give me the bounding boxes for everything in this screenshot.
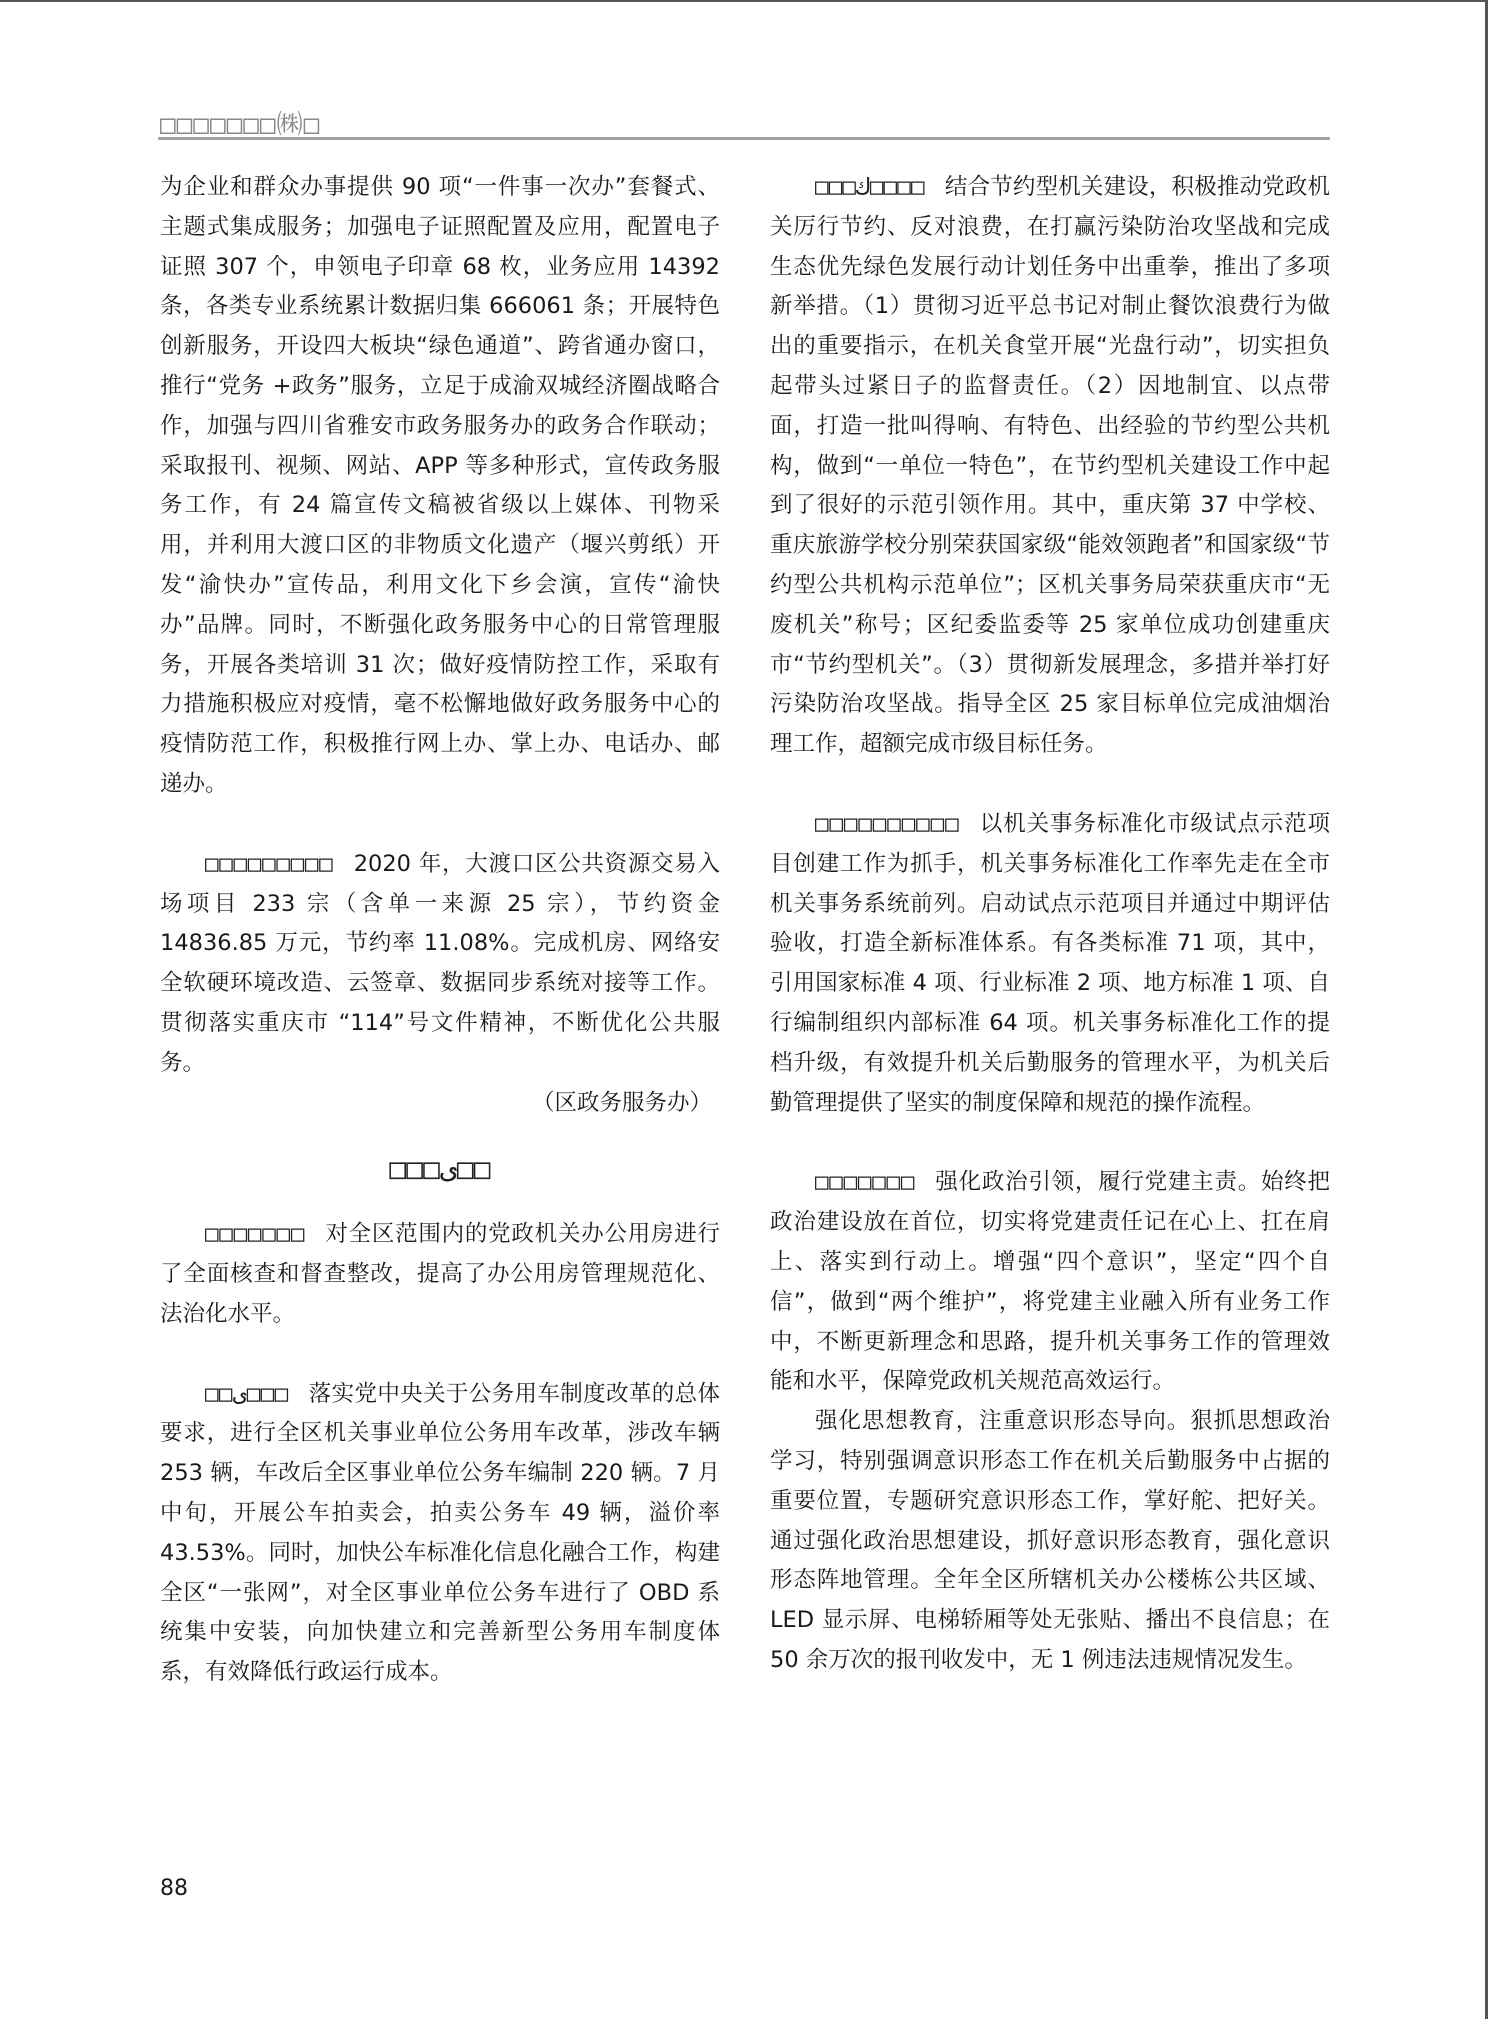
item-body: 落实党中央关于公务用车制度改革的总体要求，进行全区机关事业单位公务用车改革，涉改… [160, 1381, 720, 1686]
section-title: □□□ی□□ [160, 1149, 720, 1189]
item-heading: □□□ك□□□□ [815, 174, 925, 200]
left-column: 为企业和群众办事提供 90 项“一件事一次办”套餐式、主题式集成服务；加强电子证… [160, 168, 720, 1693]
header-rule [158, 137, 1330, 140]
paragraph-gov-service: 为企业和群众办事提供 90 项“一件事一次办”套餐式、主题式集成服务；加强电子证… [160, 168, 720, 805]
page-number: 88 [160, 1876, 188, 1901]
right-column: □□□ك□□□□结合节约型机关建设，积极推动党政机关厉行节约、反对浪费，在打赢污… [770, 168, 1330, 1681]
signature: （区政务服务办） [160, 1084, 720, 1124]
paragraph-official-car: □□ی□□□落实党中央关于公务用车制度改革的总体要求，进行全区机关事业单位公务用… [160, 1375, 720, 1693]
paragraph-office-space: □□□□□□□对全区范围内的党政机关办公用房进行了全面核查和督查整改，提高了办公… [160, 1215, 720, 1334]
item-body: 强化政治引领，履行党建主责。始终把政治建设放在首位，切实将党建责任记在心上、扛在… [770, 1169, 1330, 1394]
item-heading: □□□□□□□□□□ [815, 811, 960, 837]
running-header: □□□□□□□㈱□ [160, 104, 320, 141]
item-body: 2020 年，大渡口区公共资源交易入场项目 233 宗（含单一来源 25 宗），… [160, 851, 720, 1076]
item-body: 结合节约型机关建设，积极推动党政机关厉行节约、反对浪费，在打赢污染防治攻坚战和完… [770, 174, 1330, 757]
paragraph-saving: □□□ك□□□□结合节约型机关建设，积极推动党政机关厉行节约、反对浪费，在打赢污… [770, 168, 1330, 765]
item-heading: □□□□□□□ [205, 1221, 305, 1247]
item-heading: □□ی□□□ [205, 1381, 288, 1407]
page-border-top [0, 0, 1488, 2]
paragraph-standardization: □□□□□□□□□□以机关事务标准化市级试点示范项目创建工作为抓手，机关事务标准… [770, 805, 1330, 1123]
item-body: 以机关事务标准化市级试点示范项目创建工作为抓手，机关事务标准化工作率先走在全市机… [770, 811, 1330, 1116]
paragraph-public-resource: □□□□□□□□□2020 年，大渡口区公共资源交易入场项目 233 宗（含单一… [160, 845, 720, 1084]
item-heading: □□□□□□□ [815, 1169, 915, 1195]
paragraph-ideology: 强化思想教育，注重意识形态导向。狠抓思想政治学习，特别强调意识形态工作在机关后勤… [770, 1402, 1330, 1681]
paragraph-party-building: □□□□□□□强化政治引领，履行党建主责。始终把政治建设放在首位，切实将党建责任… [770, 1163, 1330, 1402]
item-heading: □□□□□□□□□ [205, 851, 333, 877]
